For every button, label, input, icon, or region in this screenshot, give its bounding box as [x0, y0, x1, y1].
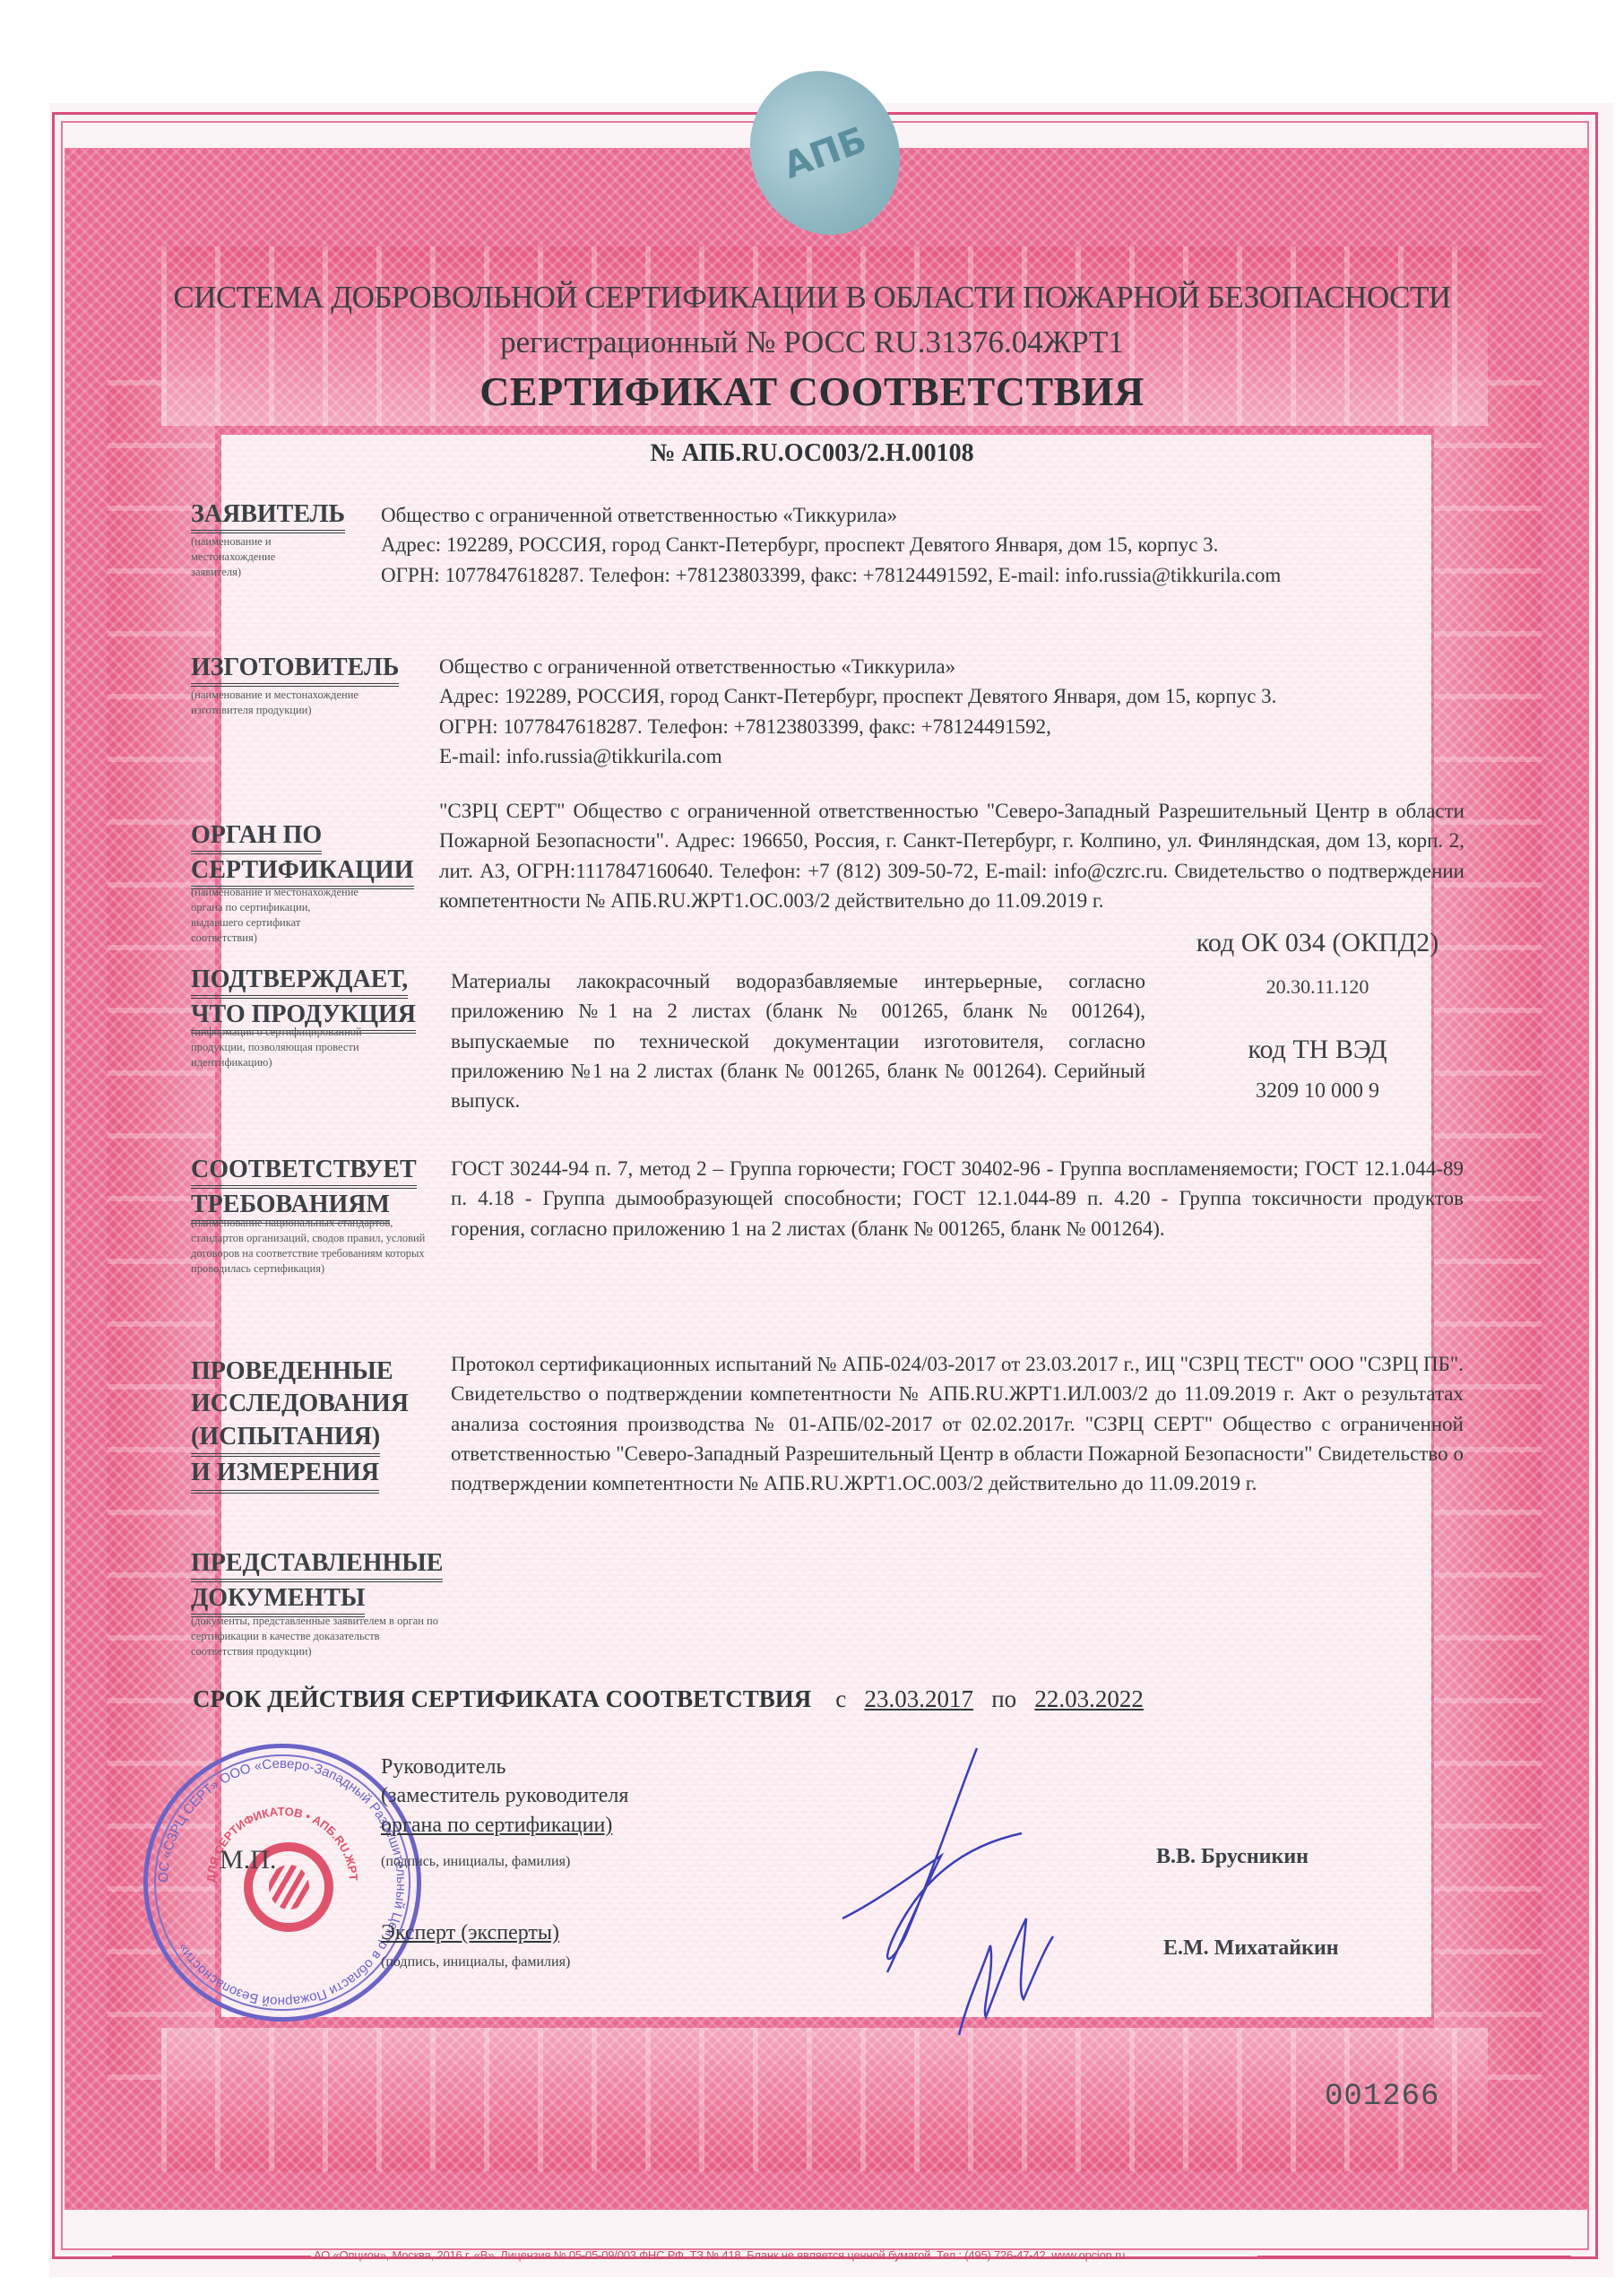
certificate-number: № АПБ.RU.ОС003/2.Н.00108 — [0, 439, 1624, 468]
validity-to-word: по — [991, 1685, 1016, 1712]
cert-body-details: "СЗРЦ СЕРТ" Общество с ограниченной отве… — [439, 796, 1464, 915]
head-signatory-role: Руководитель (заместитель руководителя о… — [381, 1753, 628, 1840]
tests-label: ПРОВЕДЕННЫЕ ИССЛЕДОВАНИЯ (ИСПЫТАНИЯ) И И… — [191, 1355, 409, 1494]
registration-number: регистрационный № РОСС RU.31376.04ЖРТ1 — [0, 325, 1624, 360]
applicant-details: Общество с ограниченной ответственностью… — [381, 500, 1483, 590]
product-description: Материалы лакокрасочный водоразбавляемые… — [451, 966, 1145, 1116]
requirements-label: СООТВЕТСТВУЕТ ТРЕБОВАНИЯМ — [191, 1154, 417, 1224]
printer-footer: АО «Опцион», Москва, 2016 г. «В». Лиценз… — [314, 2248, 1125, 2262]
manufacturer-address: Адрес: 192289, РОССИЯ, город Санкт-Петер… — [439, 681, 1479, 711]
validity-period: СРОК ДЕЙСТВИЯ СЕРТИФИКАТА СООТВЕТСТВИЯ с… — [193, 1685, 1144, 1713]
okpd-code-label: код ОК 034 (ОКПД2) — [1156, 928, 1479, 958]
validity-label: СРОК ДЕЙСТВИЯ СЕРТИФИКАТА СООТВЕТСТВИЯ — [193, 1685, 811, 1712]
validity-from-word: с — [835, 1685, 846, 1712]
applicant-sublabel: (наименование и местонахождение заявител… — [191, 534, 289, 580]
footer-rule-left — [112, 2256, 311, 2257]
footer-rule-right — [1257, 2256, 1571, 2257]
requirements-sublabel: (наименование национальных стандартов, с… — [191, 1216, 442, 1277]
head-signatory-name: В.В. Брусникин — [1156, 1845, 1309, 1869]
manufacturer-details: Общество с ограниченной ответственностью… — [439, 652, 1479, 771]
bottom-ornament-band — [161, 2028, 1488, 2171]
blank-serial-number: 001266 — [1325, 2080, 1439, 2114]
cert-body-sublabel: (наименование и местонахождение органа п… — [191, 885, 361, 946]
applicant-address: Адрес: 192289, РОССИЯ, город Санкт-Петер… — [381, 530, 1483, 559]
head-signature-hint: (подпись, инициалы, фамилия) — [381, 1854, 570, 1870]
product-label: ПОДТВЕРЖДАЕТ, ЧТО ПРОДУКЦИЯ — [191, 964, 416, 1034]
expert-signatory-name: Е.М. Михатайкин — [1163, 1936, 1339, 1961]
manufacturer-name: Общество с ограниченной ответственностью… — [439, 652, 1479, 681]
okpd-code-value: 20.30.11.120 — [1156, 975, 1479, 999]
tnved-code-label: код ТН ВЭД — [1156, 1035, 1479, 1065]
expert-signature-hint: (подпись, инициалы, фамилия) — [381, 1954, 570, 1970]
documents-sublabel: (документы, представленные заявителем в … — [191, 1614, 442, 1659]
applicant-name: Общество с ограниченной ответственностью… — [381, 500, 1483, 530]
manufacturer-email: E-mail: info.russia@tikkurila.com — [439, 741, 1479, 771]
applicant-label: ЗАЯВИТЕЛЬ — [191, 498, 345, 533]
tests-details: Протокол сертификационных испытаний № АП… — [451, 1349, 1464, 1499]
seal-place-label: М.П. — [220, 1845, 276, 1875]
system-title: СИСТЕМА ДОБРОВОЛЬНОЙ СЕРТИФИКАЦИИ В ОБЛА… — [0, 280, 1624, 316]
manufacturer-contacts: ОГРН: 1077847618287. Телефон: +781238033… — [439, 712, 1479, 741]
expert-signatory-role: Эксперт (эксперты) — [381, 1918, 559, 1947]
manufacturer-sublabel: (наименование и местонахождение изготови… — [191, 688, 406, 718]
cert-body-label: ОРГАН ПО СЕРТИФИКАЦИИ — [191, 819, 414, 889]
svg-text:ОС «СЗРЦ СЕРТ» ООО «Северо-Зап: ОС «СЗРЦ СЕРТ» ООО «Северо-Западный Разр… — [156, 1756, 409, 2009]
handwritten-signatures-icon — [789, 1739, 1075, 2035]
requirements-details: ГОСТ 30244-94 п. 7, метод 2 – Группа гор… — [451, 1154, 1464, 1243]
validity-from-date: 23.03.2017 — [864, 1685, 973, 1712]
manufacturer-label: ИЗГОТОВИТЕЛЬ — [191, 652, 399, 687]
validity-to-date: 22.03.2022 — [1034, 1685, 1144, 1712]
applicant-contacts: ОГРН: 1077847618287. Телефон: +781238033… — [381, 560, 1483, 590]
document-title: СЕРТИФИКАТ СООТВЕТСТВИЯ — [0, 368, 1624, 415]
documents-label: ПРЕДСТАВЛЕННЫЕ ДОКУМЕНТЫ — [191, 1547, 443, 1617]
tnved-code-value: 3209 10 000 9 — [1156, 1079, 1479, 1104]
product-sublabel: (информация о сертифицированной продукци… — [191, 1025, 370, 1070]
hologram-text: АПБ — [778, 119, 872, 187]
stamp-text-ring: ОС «СЗРЦ СЕРТ» ООО «Северо-Западный Разр… — [143, 1744, 421, 2022]
